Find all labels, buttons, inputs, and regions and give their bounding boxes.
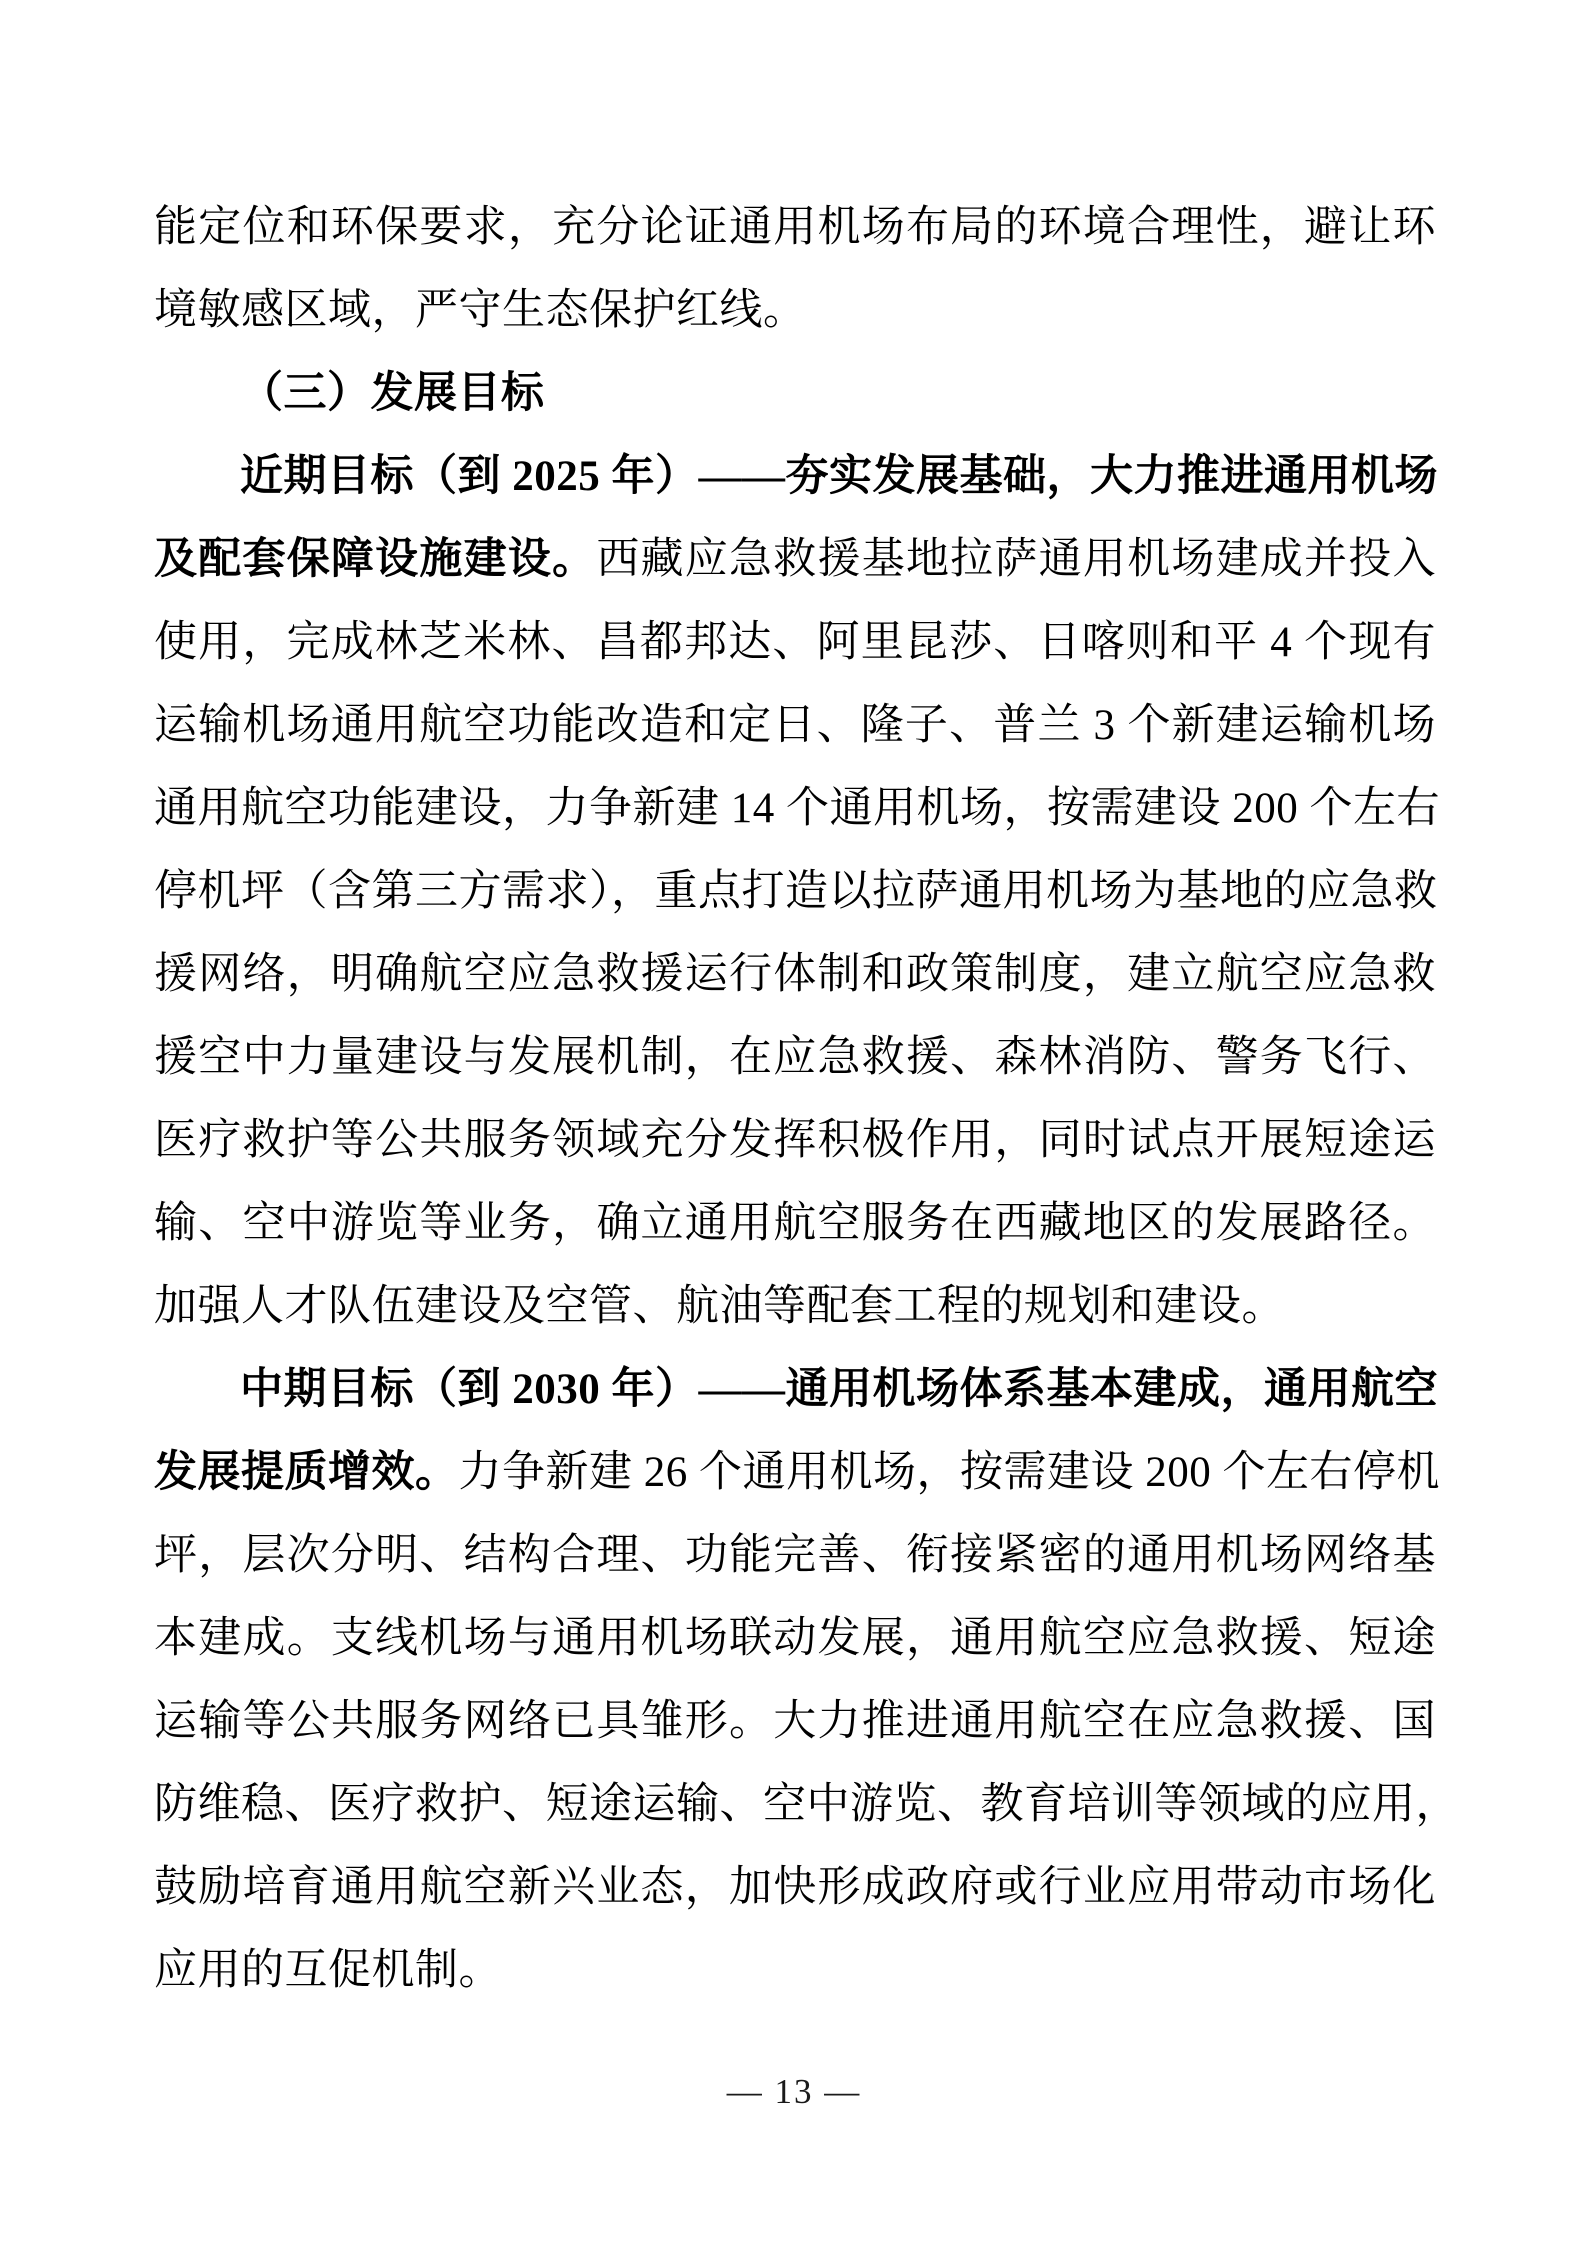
emphasis-text: （三）发展目标	[240, 370, 545, 417]
text-line: 能定位和环保要求，充分论证通用机场布局的环境合理性，避让环	[154, 186, 1436, 269]
text-line: 援空中力量建设与发展机制，在应急救援、森林消防、警务飞行、	[154, 1016, 1436, 1099]
body-text: 使用，完成林芝米林、昌都邦达、阿里昆莎、日喀则和平 4 个现有	[154, 619, 1436, 666]
emphasis-text: 及配套保障设施建设。	[154, 536, 596, 583]
body-text: 运输机场通用航空功能改造和定日、隆子、普兰 3 个新建运输机场	[154, 702, 1436, 749]
paragraph-near-term-goals-2025: 近期目标（到 2025 年）——夯实发展基础，大力推进通用机场及配套保障设施建设…	[154, 435, 1436, 1348]
text-line: 医疗救护等公共服务领域充分发挥积极作用，同时试点开展短途运	[154, 1099, 1436, 1182]
text-line: 鼓励培育通用航空新兴业态，加快形成政府或行业应用带动市场化	[154, 1846, 1436, 1929]
body-text: 医疗救护等公共服务领域充分发挥积极作用，同时试点开展短途运	[154, 1117, 1436, 1164]
emphasis-text: 近期目标（到 2025 年）——夯实发展基础，大力推进通用机场	[240, 453, 1438, 500]
body-text: 西藏应急救援基地拉萨通用机场建成并投入	[596, 536, 1436, 583]
document-body: 能定位和环保要求，充分论证通用机场布局的环境合理性，避让环境敏感区域，严守生态保…	[154, 186, 1436, 2012]
text-line: （三）发展目标	[154, 352, 1436, 435]
text-line: 及配套保障设施建设。西藏应急救援基地拉萨通用机场建成并投入	[154, 518, 1436, 601]
text-line: 本建成。支线机场与通用机场联动发展，通用航空应急救援、短途	[154, 1597, 1436, 1680]
text-line: 坪，层次分明、结构合理、功能完善、衔接紧密的通用机场网络基	[154, 1514, 1436, 1597]
body-text: 援网络，明确航空应急救援运行体制和政策制度，建立航空应急救	[154, 951, 1436, 998]
body-text: 运输等公共服务网络已具雏形。大力推进通用航空在应急救援、国	[154, 1698, 1436, 1745]
text-line: 加强人才队伍建设及空管、航油等配套工程的规划和建设。	[154, 1265, 1436, 1348]
body-text: 力争新建 26 个通用机场，按需建设 200 个左右停机	[459, 1449, 1441, 1496]
text-line: 境敏感区域，严守生态保护红线。	[154, 269, 1436, 352]
heading-section-three-development-goals: （三）发展目标	[154, 352, 1436, 435]
body-text: 本建成。支线机场与通用机场联动发展，通用航空应急救援、短途	[154, 1615, 1436, 1662]
emphasis-text: 发展提质增效。	[154, 1449, 459, 1496]
text-line: 中期目标（到 2030 年）——通用机场体系基本建成，通用航空	[154, 1348, 1436, 1431]
text-line: 运输等公共服务网络已具雏形。大力推进通用航空在应急救援、国	[154, 1680, 1436, 1763]
emphasis-text: 中期目标（到 2030 年）——通用机场体系基本建成，通用航空	[240, 1366, 1438, 1413]
body-text: 鼓励培育通用航空新兴业态，加快形成政府或行业应用带动市场化	[154, 1864, 1436, 1911]
body-text: 防维稳、医疗救护、短途运输、空中游览、教育培训等领域的应用，	[154, 1781, 1459, 1828]
body-text: 能定位和环保要求，充分论证通用机场布局的环境合理性，避让环	[154, 204, 1436, 251]
body-text: 停机坪（含第三方需求），重点打造以拉萨通用机场为基地的应急救	[154, 868, 1438, 915]
body-text: 境敏感区域，严守生态保护红线。	[154, 287, 807, 334]
text-line: 援网络，明确航空应急救援运行体制和政策制度，建立航空应急救	[154, 933, 1436, 1016]
body-text: 通用航空功能建设，力争新建 14 个通用机场，按需建设 200 个左右	[154, 785, 1440, 832]
document-page: 能定位和环保要求，充分论证通用机场布局的环境合理性，避让环境敏感区域，严守生态保…	[0, 0, 1588, 2245]
text-line: 停机坪（含第三方需求），重点打造以拉萨通用机场为基地的应急救	[154, 850, 1436, 933]
body-text: 加强人才队伍建设及空管、航油等配套工程的规划和建设。	[154, 1283, 1285, 1330]
text-line: 运输机场通用航空功能改造和定日、隆子、普兰 3 个新建运输机场	[154, 684, 1436, 767]
body-text: 援空中力量建设与发展机制，在应急救援、森林消防、警务飞行、	[154, 1034, 1436, 1081]
text-line: 输、空中游览等业务，确立通用航空服务在西藏地区的发展路径。	[154, 1182, 1436, 1265]
text-line: 防维稳、医疗救护、短途运输、空中游览、教育培训等领域的应用，	[154, 1763, 1436, 1846]
text-line: 应用的互促机制。	[154, 1929, 1436, 2012]
text-line: 通用航空功能建设，力争新建 14 个通用机场，按需建设 200 个左右	[154, 767, 1436, 850]
page-number: — 13 —	[0, 2068, 1588, 2116]
text-line: 发展提质增效。力争新建 26 个通用机场，按需建设 200 个左右停机	[154, 1431, 1436, 1514]
body-text: 坪，层次分明、结构合理、功能完善、衔接紧密的通用机场网络基	[154, 1532, 1436, 1579]
body-text: 应用的互促机制。	[154, 1947, 502, 1994]
paragraph-continued-from-previous-page: 能定位和环保要求，充分论证通用机场布局的环境合理性，避让环境敏感区域，严守生态保…	[154, 186, 1436, 352]
paragraph-mid-term-goals-2030: 中期目标（到 2030 年）——通用机场体系基本建成，通用航空发展提质增效。力争…	[154, 1348, 1436, 2012]
body-text: 输、空中游览等业务，确立通用航空服务在西藏地区的发展路径。	[154, 1200, 1436, 1247]
text-line: 近期目标（到 2025 年）——夯实发展基础，大力推进通用机场	[154, 435, 1436, 518]
text-line: 使用，完成林芝米林、昌都邦达、阿里昆莎、日喀则和平 4 个现有	[154, 601, 1436, 684]
